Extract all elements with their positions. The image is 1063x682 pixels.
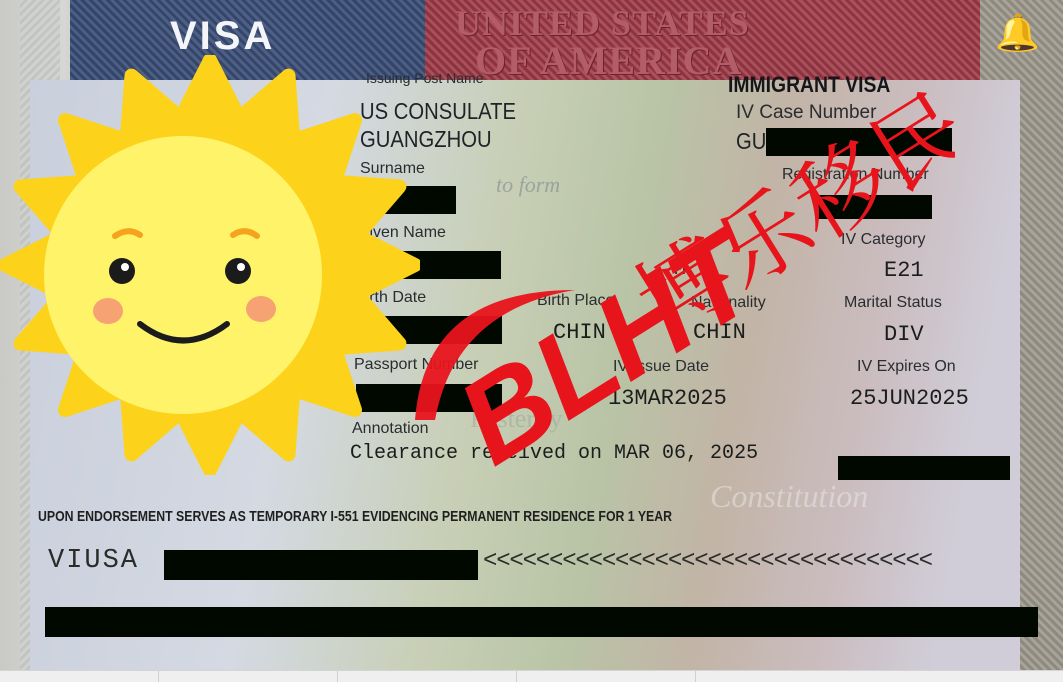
status-cell-2 [159, 671, 338, 682]
iv-expires-label: IV Expires On [857, 358, 956, 376]
iv-case-number-label: IV Case Number [736, 102, 876, 124]
liberty-bell-icon: 🔔 [995, 12, 1035, 62]
control-number-redaction [838, 456, 1010, 480]
visa-heading: VISA [170, 14, 275, 59]
nationality-label: Nationality [691, 294, 766, 312]
bg-text-to-form: to form [496, 172, 560, 198]
smiling-sun-sticker [0, 55, 420, 475]
status-cell-selection [338, 671, 517, 682]
mrz-line1-redaction [164, 550, 478, 580]
endorsement-text: UPON ENDORSEMENT SERVES AS TEMPORARY I-5… [38, 508, 672, 525]
registration-number-label: Registration Number [782, 166, 929, 184]
iv-category-value: E21 [884, 258, 924, 283]
iv-case-number-prefix: GU [736, 128, 766, 155]
status-cell-dimensions [0, 671, 159, 682]
iv-issue-date-label: IV Issue Date [613, 358, 709, 376]
status-cell-filesize [517, 671, 696, 682]
country-title-line2: OF AMERICA [455, 42, 750, 80]
viewer-status-bar [0, 670, 1063, 682]
iv-category-label: IV Category [841, 231, 925, 249]
right-eye-icon [225, 258, 251, 284]
iv-issue-date-value: 13MAR2025 [608, 386, 727, 411]
bg-text-constitution: Constitution [710, 478, 868, 515]
marital-status-value: DIV [884, 322, 924, 347]
mrz-prefix: VIUSA [48, 546, 139, 576]
visa-class: IMMIGRANT VISA [728, 72, 890, 98]
visa-photo: 🔔 VISA UNITED STATES OF AMERICA to form … [0, 0, 1063, 670]
country-title: UNITED STATES OF AMERICA [455, 4, 750, 80]
marital-status-label: Marital Status [844, 294, 942, 312]
left-eye-icon [109, 258, 135, 284]
mrz-filler: <<<<<<<<<<<<<<<<<<<<<<<<<<<<<<<<<< [483, 548, 932, 575]
iv-expires-value: 25JUN2025 [850, 386, 969, 411]
country-title-line1: UNITED STATES [455, 4, 750, 42]
birth-place-value: CHIN [553, 320, 606, 345]
nationality-value: CHIN [693, 320, 746, 345]
sex-value: M [674, 258, 686, 281]
mrz-line2-redaction [45, 607, 1038, 637]
iv-case-number-redaction [766, 128, 952, 156]
birth-place-label: Birth Place [537, 292, 614, 310]
registration-number-redaction [818, 195, 932, 219]
